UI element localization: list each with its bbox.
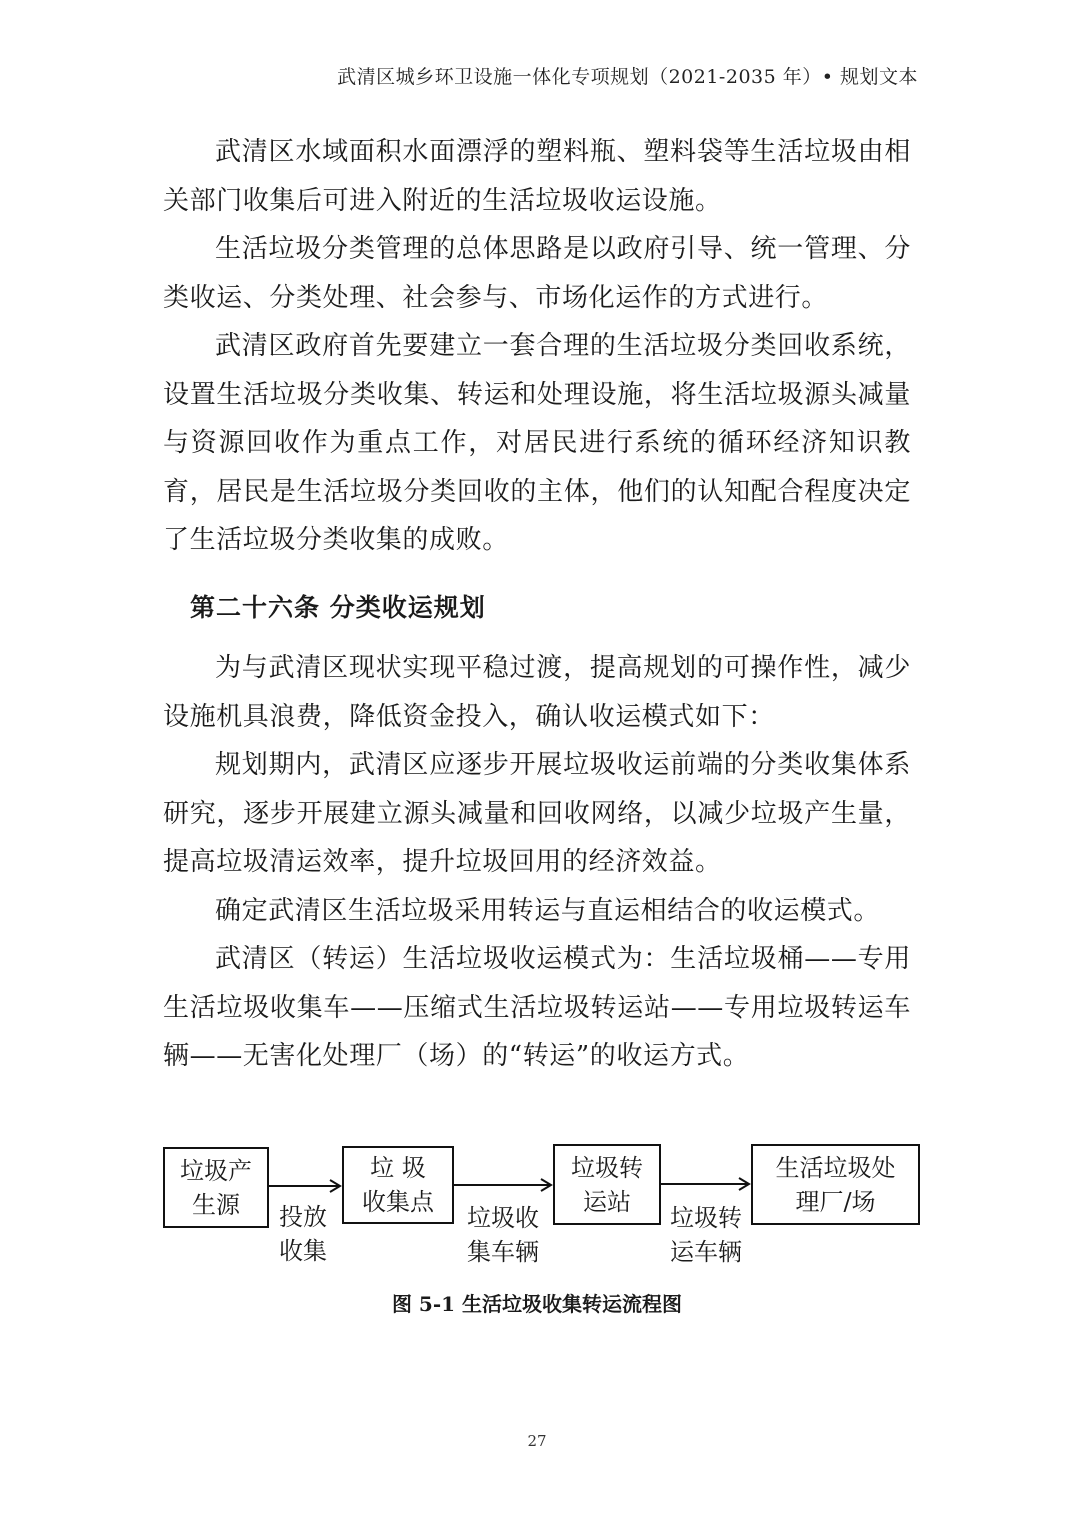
paragraph: 武清区水域面积水面漂浮的塑料瓶、塑料袋等生活垃圾由相关部门收集后可进入附近的生活… — [163, 128, 911, 225]
page-number: 27 — [0, 1432, 1074, 1450]
paragraph: 武清区政府首先要建立一套合理的生活垃圾分类回收系统，设置生活垃圾分类收集、转运和… — [163, 322, 911, 565]
paragraph: 规划期内，武清区应逐步开展垃圾收运前端的分类收集体系研究，逐步开展建立源头减量和… — [163, 741, 911, 887]
flow-edge-label-transfer-vehicle: 垃圾转运车辆 — [661, 1201, 751, 1269]
running-header: 武清区城乡环卫设施一体化专项规划（2021-2035 年）• 规划文本 — [337, 62, 918, 89]
section-heading: 第二十六条 分类收运规划 — [190, 588, 486, 624]
flow-edge-label-collection-vehicle: 垃圾收集车辆 — [458, 1201, 548, 1269]
paragraph: 生活垃圾分类管理的总体思路是以政府引导、统一管理、分类收运、分类处理、社会参与、… — [163, 225, 911, 322]
flow-node-treatment-plant: 生活垃圾处理厂/场 — [751, 1144, 920, 1225]
body-text-part1: 武清区水域面积水面漂浮的塑料瓶、塑料袋等生活垃圾由相关部门收集后可进入附近的生活… — [163, 128, 911, 565]
flow-node-collection-point: 垃 圾收集点 — [342, 1146, 454, 1224]
body-text-part2: 为与武清区现状实现平稳过渡，提高规划的可操作性，减少设施机具浪费，降低资金投入，… — [163, 644, 911, 1081]
flow-edge-label-dropoff: 投放收集 — [272, 1200, 334, 1268]
figure-caption: 图 5-1 生活垃圾收集转运流程图 — [0, 1288, 1074, 1317]
paragraph: 武清区（转运）生活垃圾收运模式为：生活垃圾桶——专用生活垃圾收集车——压缩式生活… — [163, 935, 911, 1081]
flow-node-transfer-station: 垃圾转运站 — [553, 1144, 661, 1225]
paragraph: 确定武清区生活垃圾采用转运与直运相结合的收运模式。 — [163, 887, 911, 936]
flow-node-waste-source: 垃圾产生源 — [163, 1147, 269, 1228]
paragraph: 为与武清区现状实现平稳过渡，提高规划的可操作性，减少设施机具浪费，降低资金投入，… — [163, 644, 911, 741]
